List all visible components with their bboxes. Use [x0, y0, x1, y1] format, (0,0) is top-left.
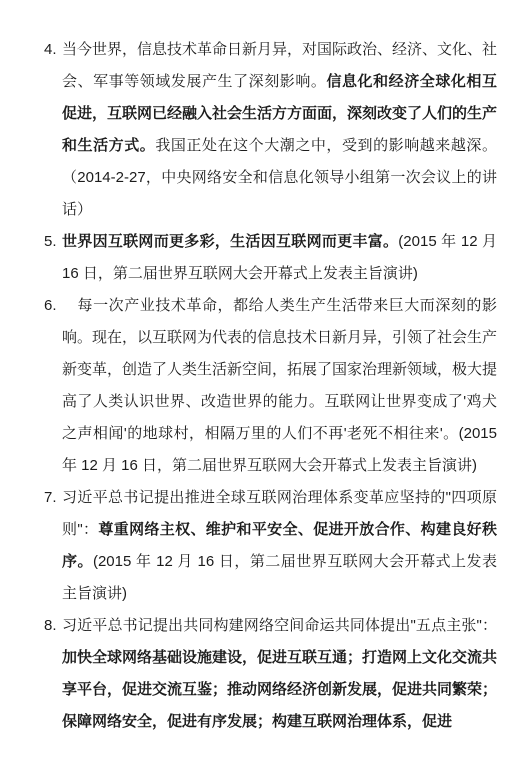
quote-item: 8.习近平总书记提出共同构建网络空间命运共同体提出"五点主张"：加快全球网络基础… [62, 610, 497, 738]
quote-text: (2015 年 12 月 16 日，第二届世界互联网大会开幕式上发表主旨演讲) [62, 553, 497, 602]
item-text: 当今世界，信息技术革命日新月异，对国际政治、经济、文化、社会、军事等领域发展产生… [62, 41, 497, 218]
item-number: 4. [44, 34, 61, 66]
item-text: 习近平总书记提出推进全球互联网治理体系变革应坚持的"四项原则"：尊重网络主权、维… [62, 489, 497, 602]
quote-text-bold: 世界因互联网而更多彩，生活因互联网而更丰富。 [62, 233, 398, 250]
item-number: 7. [44, 482, 61, 514]
item-number: 5. [44, 226, 61, 258]
item-number: 6. [44, 290, 61, 322]
quote-text-bold: 加快全球网络基础设施建设，促进互联互通；打造网上文化交流共享平台，促进交流互鉴；… [62, 649, 497, 730]
item-text: 世界因互联网而更多彩，生活因互联网而更丰富。(2015 年 12 月 16 日，… [62, 233, 497, 282]
quote-item: 6. 每一次产业技术革命，都给人类生产生活带来巨大而深刻的影响。现在，以互联网为… [62, 290, 497, 482]
quote-item: 4.当今世界，信息技术革命日新月异，对国际政治、经济、文化、社会、军事等领域发展… [62, 34, 497, 226]
item-text: 习近平总书记提出共同构建网络空间命运共同体提出"五点主张"：加快全球网络基础设施… [62, 617, 497, 730]
quote-text: 每一次产业技术革命，都给人类生产生活带来巨大而深刻的影响。现在，以互联网为代表的… [62, 297, 497, 474]
item-number: 8. [44, 610, 61, 642]
quote-item: 7.习近平总书记提出推进全球互联网治理体系变革应坚持的"四项原则"：尊重网络主权… [62, 482, 497, 610]
document-page: 4.当今世界，信息技术革命日新月异，对国际政治、经济、文化、社会、军事等领域发展… [0, 0, 513, 772]
item-text: 每一次产业技术革命，都给人类生产生活带来巨大而深刻的影响。现在，以互联网为代表的… [62, 297, 497, 474]
quote-text: 习近平总书记提出共同构建网络空间命运共同体提出"五点主张"： [62, 617, 497, 634]
quote-list: 4.当今世界，信息技术革命日新月异，对国际政治、经济、文化、社会、军事等领域发展… [62, 34, 497, 738]
quote-item: 5.世界因互联网而更多彩，生活因互联网而更丰富。(2015 年 12 月 16 … [62, 226, 497, 290]
